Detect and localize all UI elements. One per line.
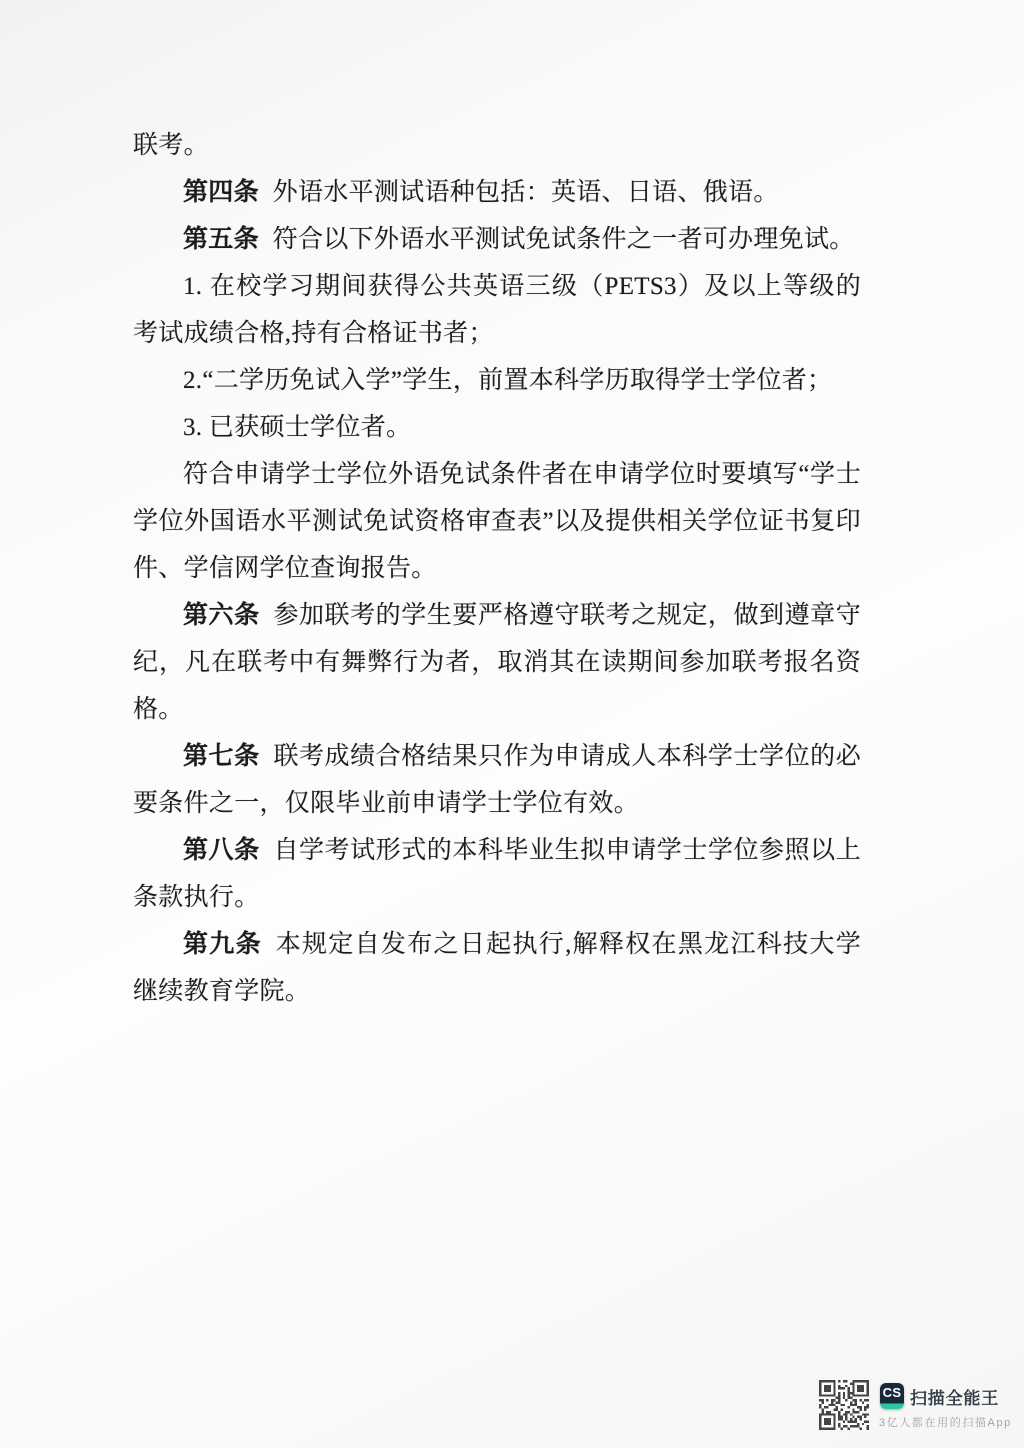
camscanner-watermark: CS 扫描全能王 3亿人都在用的扫描App [818, 1377, 1020, 1435]
paragraph: 第九条本规定自发布之日起执行,解释权在黑龙江科技大学继续教育学院。 [133, 921, 861, 1015]
document-body: 联考。 第四条外语水平测试语种包括：英语、日语、俄语。 第五条符合以下外语水平测… [133, 122, 861, 1015]
article-number: 第五条 [183, 226, 259, 253]
paragraph-text: 2.“二学历免试入学”学生，前置本科学历取得学士学位者； [183, 367, 832, 394]
paragraph-text: 3. 已获硕士学位者。 [183, 414, 411, 441]
camscanner-logo-icon: CS [880, 1383, 904, 1409]
paragraph: 第八条自学考试形式的本科毕业生拟申请学士学位参照以上条款执行。 [133, 827, 861, 921]
paragraph-text: 符合以下外语水平测试免试条件之一者可办理免试。 [273, 226, 855, 253]
paragraph: 2.“二学历免试入学”学生，前置本科学历取得学士学位者； [133, 357, 861, 404]
paragraph: 1. 在校学习期间获得公共英语三级（PETS3）及以上等级的考试成绩合格,持有合… [133, 263, 861, 357]
paragraph: 第五条符合以下外语水平测试免试条件之一者可办理免试。 [133, 216, 861, 263]
article-number: 第七条 [183, 743, 260, 770]
paragraph-text: 1. 在校学习期间获得公共英语三级（PETS3）及以上等级的考试成绩合格,持有合… [133, 273, 861, 347]
app-name: 扫描全能王 [910, 1384, 999, 1409]
paragraph: 3. 已获硕士学位者。 [133, 404, 861, 451]
article-number: 第九条 [183, 931, 262, 958]
paragraph-text: 联考。 [133, 132, 209, 159]
paragraph-text: 外语水平测试语种包括：英语、日语、俄语。 [273, 179, 779, 206]
paragraph: 第七条联考成绩合格结果只作为申请成人本科学士学位的必要条件之一，仅限毕业前申请学… [133, 733, 861, 827]
paragraph: 第四条外语水平测试语种包括：英语、日语、俄语。 [133, 169, 861, 216]
paragraph: 符合申请学士学位外语免试条件者在申请学位时要填写“学士学位外国语水平测试免试资格… [133, 451, 861, 592]
article-number: 第四条 [183, 179, 259, 206]
qr-code-icon [819, 1379, 869, 1431]
article-number: 第六条 [183, 602, 260, 629]
paragraph: 联考。 [133, 122, 861, 169]
paragraph-text: 符合申请学士学位外语免试条件者在申请学位时要填写“学士学位外国语水平测试免试资格… [133, 461, 861, 582]
scanned-page: 联考。 第四条外语水平测试语种包括：英语、日语、俄语。 第五条符合以下外语水平测… [0, 0, 1024, 1448]
paragraph: 第六条参加联考的学生要严格遵守联考之规定，做到遵章守纪，凡在联考中有舞弊行为者，… [133, 592, 861, 733]
app-tagline: 3亿人都在用的扫描App [879, 1414, 1012, 1430]
logo-text: CS [883, 1383, 902, 1403]
article-number: 第八条 [183, 837, 260, 864]
